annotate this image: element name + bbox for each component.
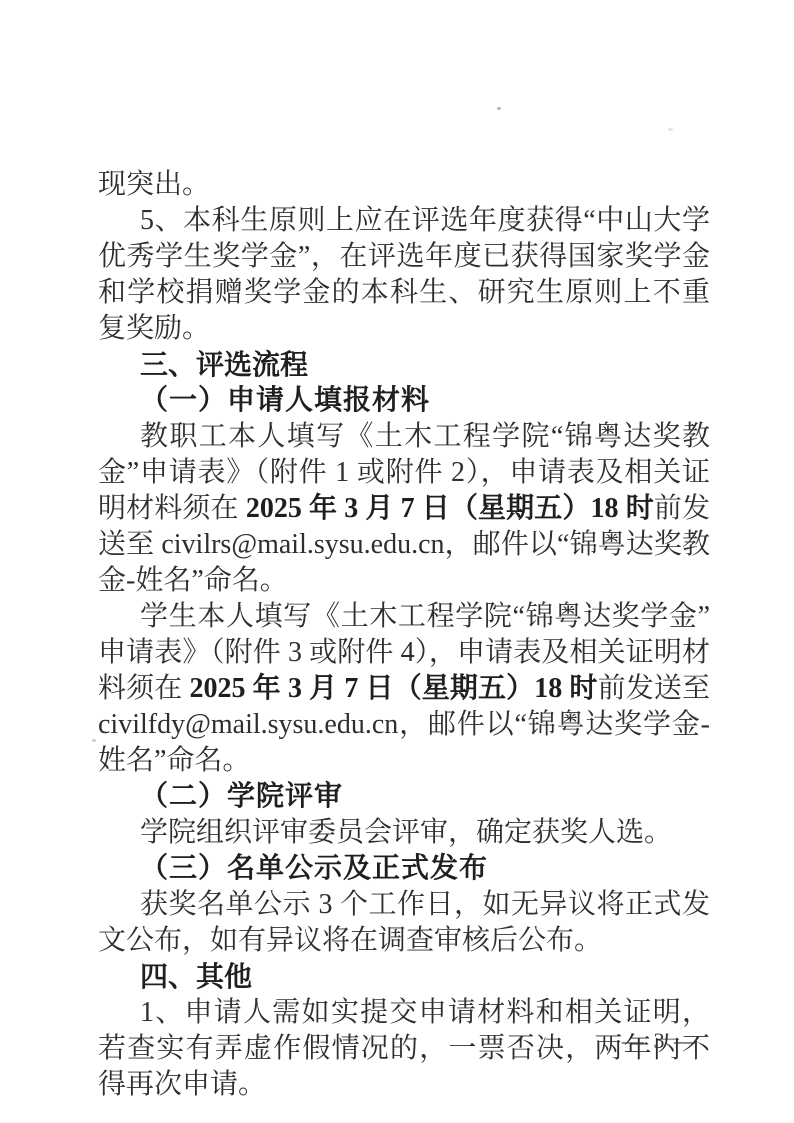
text-run: 5、本科生原则上应在评选年度获得“中山大学优秀学生奖学金”，在评选年度已获得国家… bbox=[98, 205, 710, 344]
paragraph: 学院组织评审委员会评审，确定获奖人选。 bbox=[98, 815, 710, 851]
paragraph: 现突出。 bbox=[98, 167, 710, 203]
deadline-text: （一）申请人填报材料 bbox=[140, 385, 430, 416]
deadline-text: 三、评选流程 bbox=[140, 349, 308, 380]
subheading: （一）申请人填报材料 bbox=[98, 383, 710, 419]
subheading: （三）名单公示及正式发布 bbox=[98, 851, 710, 887]
deadline-text: 2025 年 3 月 7 日（星期五）18 时 bbox=[190, 673, 598, 704]
paragraph: 学生本人填写《土木工程学院“锦粤达奖学金”申请表》（附件 3 或附件 4），申请… bbox=[98, 599, 710, 779]
scan-artifact-dot bbox=[92, 739, 96, 742]
scan-artifact-dot bbox=[668, 128, 673, 131]
deadline-text: 2025 年 3 月 7 日（星期五）18 时 bbox=[246, 493, 654, 524]
text-run: 1、申请人需如实提交申请材料和相关证明，若查实有弄虚作假情况的，一票否决，两年内… bbox=[98, 997, 710, 1100]
deadline-text: （二）学院评审 bbox=[140, 781, 343, 812]
heading: 三、评选流程 bbox=[98, 347, 710, 383]
deadline-text: 四、其他 bbox=[140, 961, 252, 992]
text-run: 前发送至 bbox=[598, 673, 710, 704]
document-body: 现突出。5、本科生原则上应在评选年度获得“中山大学优秀学生奖学金”，在评选年度已… bbox=[98, 167, 710, 1103]
paragraph: 教职工本人填写《土木工程学院“锦粤达奖教金”申请表》（附件 1 或附件 2），申… bbox=[98, 419, 710, 599]
text-run: 学院组织评审委员会评审，确定获奖人选。 bbox=[140, 817, 672, 848]
document-page: 现突出。5、本科生原则上应在评选年度获得“中山大学优秀学生奖学金”，在评选年度已… bbox=[0, 0, 794, 1123]
paragraph: 1、申请人需如实提交申请材料和相关证明，若查实有弄虚作假情况的，一票否决，两年内… bbox=[98, 995, 710, 1103]
deadline-text: （三）名单公示及正式发布 bbox=[140, 853, 488, 884]
paragraph: 获奖名单公示 3 个工作日，如无异议将正式发文公布，如有异议将在调查审核后公布。 bbox=[98, 887, 710, 959]
subheading: （二）学院评审 bbox=[98, 779, 710, 815]
page-footer: — 3 — bbox=[622, 1026, 698, 1056]
text-run: 现突出。 bbox=[98, 169, 210, 200]
email-text: civilfdy@mail.sysu.edu.cn bbox=[98, 709, 398, 740]
text-run: 获奖名单公示 3 个工作日，如无异议将正式发文公布，如有异议将在调查审核后公布。 bbox=[98, 889, 710, 956]
email-text: civilrs@mail.sysu.edu.cn bbox=[161, 529, 444, 560]
paragraph: 5、本科生原则上应在评选年度获得“中山大学优秀学生奖学金”，在评选年度已获得国家… bbox=[98, 203, 710, 347]
heading: 四、其他 bbox=[98, 959, 710, 995]
scan-artifact-dot bbox=[497, 107, 501, 110]
page-number: — 3 — bbox=[622, 1028, 698, 1053]
